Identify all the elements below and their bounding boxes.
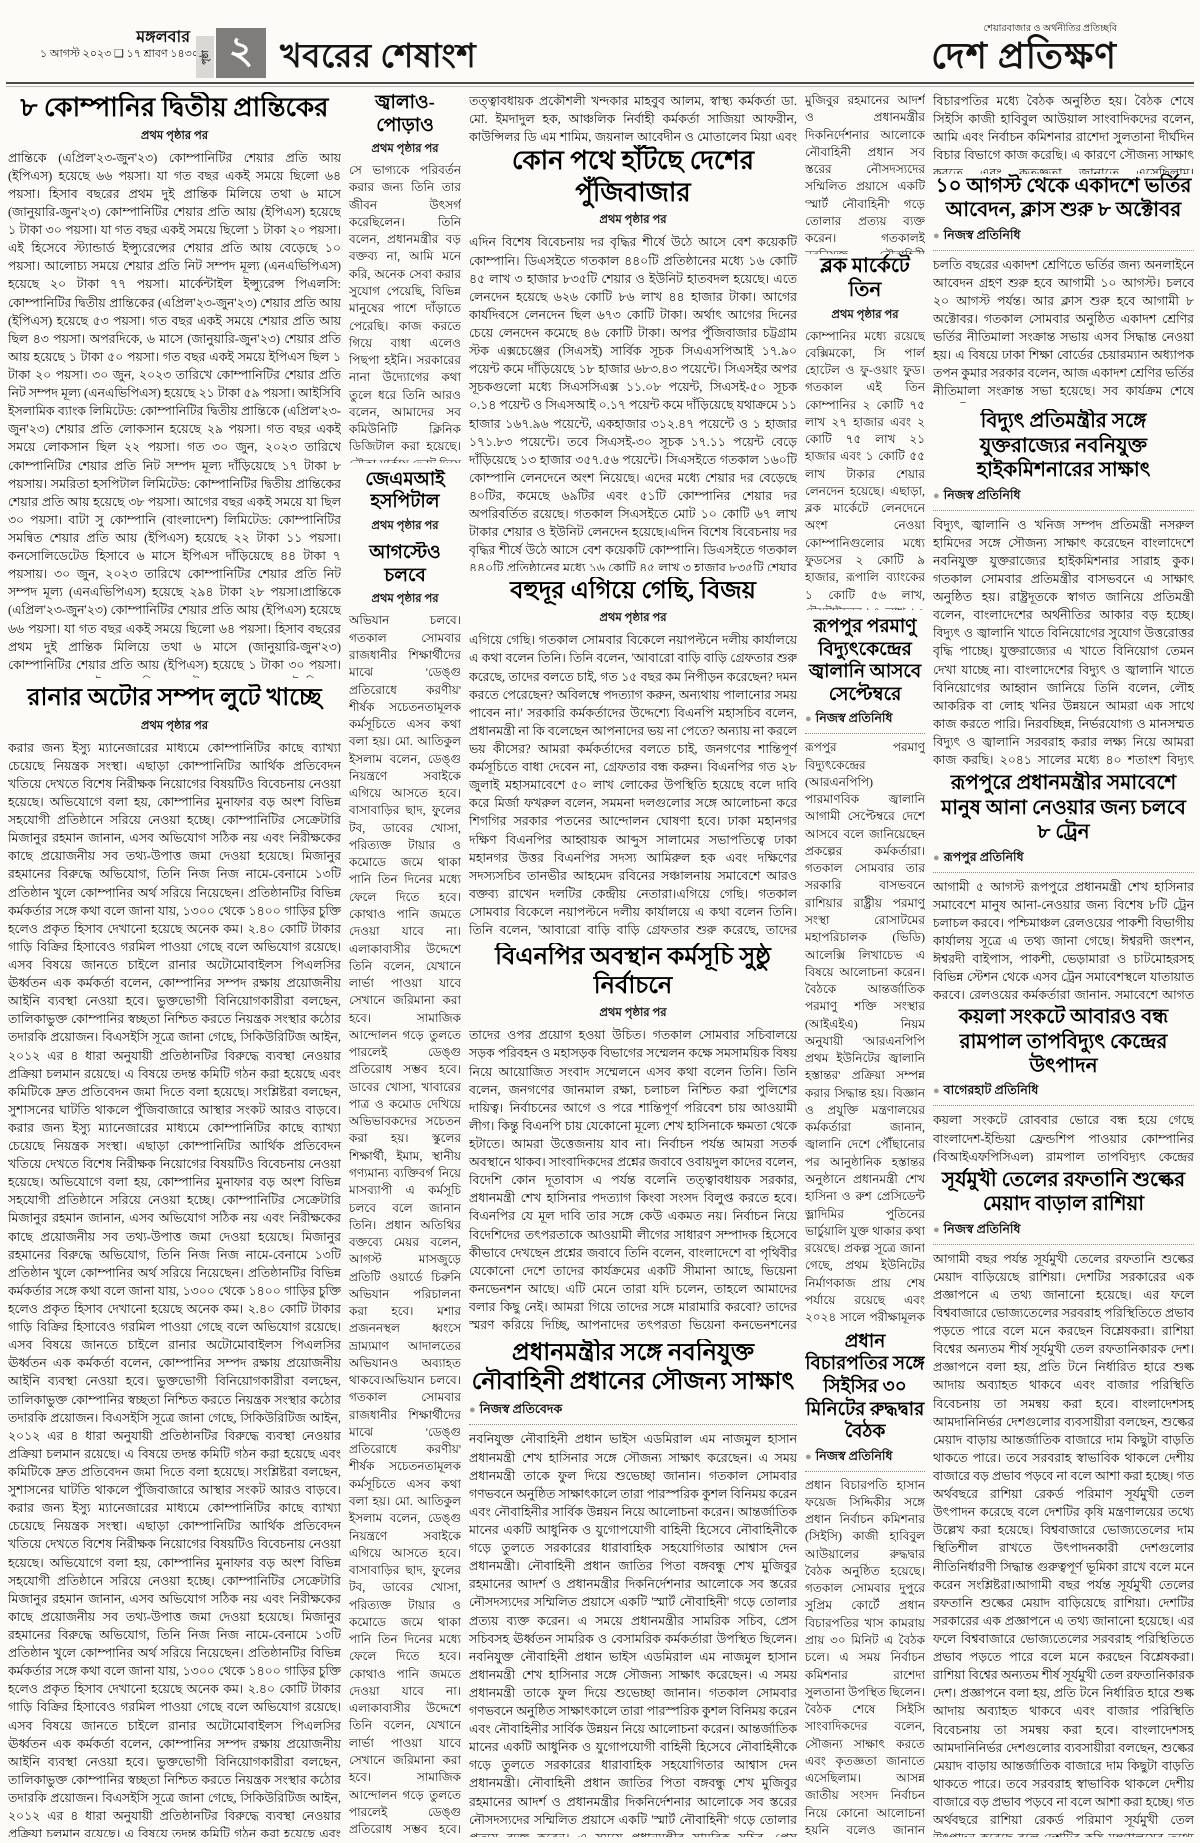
weekday-label: মঙ্গলবার <box>40 28 190 48</box>
byline-name: নিজস্ব প্রতিনিধি <box>944 488 1021 502</box>
continued-label: প্রথম পৃষ্ঠার পর <box>469 211 797 230</box>
story-headline: সূর্যমুখী তেলের রফতানি শুল্কের মেয়াদ বা… <box>933 1168 1194 1217</box>
continued-label: প্রথম পৃষ্ঠার পর <box>469 1004 797 1023</box>
byline-name: রূপপুর প্রতিনিধি <box>944 850 1024 864</box>
story-bnp-position-programme: বিএনপির অবস্থান কর্মসূচি সুষ্ঠু নির্বাচন… <box>469 943 797 1333</box>
story-body: তাদের ওপর প্রয়োগ হওয়া উচিত। গতকাল সোমব… <box>469 1026 797 1333</box>
byline: ●নিজস্ব প্রতিনিধি <box>805 1448 925 1468</box>
story-body: করার জন্য ইস্যু ম্যানেজারের মাধ্যমে কোম্… <box>8 739 341 1837</box>
column-left: ৮ কোম্পানির দ্বিতীয় প্রান্তিকের প্রথম প… <box>8 92 341 1837</box>
story-body: রূপপুর পরমাণু বিদ্যুৎকেন্দ্রের (আরএনপিপি… <box>805 739 925 1324</box>
byline-bullet-icon: ● <box>805 1451 812 1463</box>
byline-name: বাগেরহাট প্রতিনিধি <box>944 1083 1039 1097</box>
story-block-market-three: ব্লক মার্কেটে তিন প্রথম পৃষ্ঠার পর কোম্প… <box>805 254 925 610</box>
masthead-rule-thin <box>6 86 1194 87</box>
story-jalao-porao: জ্বালাও-পোড়াও প্রথম পৃষ্ঠার পর সে ভাগ্য… <box>349 92 461 463</box>
story-headline: ৮ কোম্পানির দ্বিতীয় প্রান্তিকের <box>8 92 341 124</box>
byline: ●নিজস্ব প্রতিনিধি <box>933 1221 1194 1241</box>
date-block: মঙ্গলবার ১ আগস্ট ২০২৩ ❑ ১৭ শ্রাবণ ১৪৩০ <box>40 28 190 62</box>
story-pm-navy-chief-meeting: প্রধানমন্ত্রীর সঙ্গে নবনিযুক্ত নৌবাহিনী … <box>469 1339 797 1837</box>
byline: ●নিজস্ব প্রতিনিধি <box>805 710 925 730</box>
byline-bullet-icon: ● <box>933 1224 940 1236</box>
byline-name: নিজস্ব প্রতিনিধি <box>944 228 1021 242</box>
story-body: প্রধান বিচারপতি হাসান ফয়েজ সিদ্দিকীর সঙ… <box>805 1477 925 1837</box>
column-fourth: মুজিবুর রহমানের আদর্শ ও প্রধানমন্ত্রীর দ… <box>805 92 925 1837</box>
byline-name: নিজস্ব প্রতিনিধি <box>816 1449 893 1463</box>
story-headline: রানার অটোর সম্পদ লুটে খাচ্ছে <box>8 684 341 713</box>
story-eight-companies-q2: ৮ কোম্পানির দ্বিতীয় প্রান্তিকের প্রথম প… <box>8 92 341 678</box>
byline-bullet-icon: ● <box>933 490 940 502</box>
byline-name: নিজস্ব প্রতিবেদক <box>480 1402 563 1416</box>
story-body: সে ভাগ্যকে পরিবর্তন করার জন্য তিনি তার জ… <box>349 162 461 463</box>
page-number-box: ২ <box>216 28 266 78</box>
story-continuation-navy: মুজিবুর রহমানের আদর্শ ও প্রধানমন্ত্রীর দ… <box>805 92 925 254</box>
story-headline: আগস্টেও চলবে <box>349 542 461 587</box>
story-rampal-coal-shutdown: কয়লা সংকটে আবারও বন্ধ রামপাল তাপবিদ্যুৎ… <box>933 1005 1194 1162</box>
continued-label: প্রথম পৃষ্ঠার পর <box>805 306 925 325</box>
story-headline: বিএনপির অবস্থান কর্মসূচি সুষ্ঠু নির্বাচন… <box>469 943 797 1002</box>
story-rooppur-rally-trains: রূপপুরে প্রধানমন্ত্রীর সমাবেশে মানুষ আনা… <box>933 771 1194 999</box>
story-cj-cec-closed-meeting: প্রধান বিচারপতির সঙ্গে সিইসির ৩০ মিনিটের… <box>805 1331 925 1837</box>
story-headline: ব্লক মার্কেটে তিন <box>805 254 925 303</box>
newspaper-page: মঙ্গলবার ১ আগস্ট ২০২৩ ❑ ১৭ শ্রাবণ ১৪৩০ প… <box>0 0 1200 1843</box>
byline-bullet-icon: ● <box>805 713 812 725</box>
story-body: কয়লা সংকটে রোববার ভোরে বন্ধ হয়ে গেছে ব… <box>933 1111 1194 1161</box>
page-word-box: পৃষ্ঠা <box>196 36 214 78</box>
byline-name: নিজস্ব প্রতিনিধি <box>816 711 893 725</box>
story-headline: ১০ আগস্ট থেকে একাদশে ভর্তির আবেদন, ক্লাস… <box>933 174 1194 223</box>
story-body: মুজিবুর রহমানের আদর্শ ও প্রধানমন্ত্রীর দ… <box>805 92 925 254</box>
story-continuation-cec: বিচারপতির মধ্যে বৈঠক অনুষ্ঠিত হয়। বৈঠক … <box>933 92 1194 174</box>
story-body: এগিয়ে গেছি। গতকাল সোমবার বিকেলে নয়াপল্… <box>469 631 797 937</box>
byline-divider <box>469 1424 797 1425</box>
story-headline: কোন পথে হাঁটছে দেশের পুঁজিবাজার <box>469 145 797 208</box>
story-body: প্রান্তিকে (এপ্রিল'২৩-জুন'২৩) কোম্পানিটি… <box>8 149 341 679</box>
story-eleventh-grade-admission: ১০ আগস্ট থেকে একাদশে ভর্তির আবেদন, ক্লাস… <box>933 174 1194 404</box>
byline-bullet-icon: ● <box>933 852 940 864</box>
byline-bullet-icon: ● <box>933 230 940 242</box>
column-middle: তত্ত্বাবধায়ক প্রকৌশলী খন্দকার মাহবুব আল… <box>469 92 797 1837</box>
date-label: ১ আগস্ট ২০২৩ ❑ ১৭ শ্রাবণ ১৪৩০ <box>40 48 190 62</box>
byline: ●নিজস্ব প্রতিনিধি <box>933 227 1194 247</box>
story-headline: কয়লা সংকটে আবারও বন্ধ রামপাল তাপবিদ্যুৎ… <box>933 1005 1194 1078</box>
byline-bullet-icon: ● <box>933 1085 940 1097</box>
byline-bullet-icon: ● <box>469 1404 476 1416</box>
story-body: আগামী ৫ আগস্ট রূপপুরে প্রধানমন্ত্রী শেখ … <box>933 878 1194 1000</box>
story-body: বিচারপতির মধ্যে বৈঠক অনুষ্ঠিত হয়। বৈঠক … <box>933 92 1194 174</box>
logo-tagline: শেয়ারবাজার ও অর্থনীতির প্রতিচ্ছবি <box>845 22 1117 37</box>
continued-label: প্রথম পৃষ্ঠার পর <box>8 127 341 146</box>
byline-divider <box>933 1244 1194 1245</box>
byline-divider <box>933 1105 1194 1106</box>
continued-label: প্রথম পৃষ্ঠার পর <box>349 517 461 536</box>
byline: ●নিজস্ব প্রতিবেদক <box>469 1401 797 1421</box>
column-right: বিচারপতির মধ্যে বৈঠক অনুষ্ঠিত হয়। বৈঠক … <box>933 92 1194 1837</box>
story-headline: প্রধানমন্ত্রীর সঙ্গে নবনিযুক্ত নৌবাহিনী … <box>469 1339 797 1398</box>
byline-divider <box>805 1471 925 1472</box>
story-body: চলতি বছরের একাদশ শ্রেণিতে ভর্তির জন্য অন… <box>933 256 1194 404</box>
byline: ●রূপপুর প্রতিনিধি <box>933 849 1194 869</box>
story-body: বিদ্যুৎ, জ্বালানি ও খনিজ সম্পদ প্রতিমন্ত… <box>933 516 1194 766</box>
story-jmi-hospital: জেএমআই হসপিটাল প্রথম পৃষ্ঠার পর পুঁজিবাজ… <box>349 469 461 537</box>
story-headline: জ্বালাও-পোড়াও <box>349 92 461 137</box>
newspaper-logo: শেয়ারবাজার ও অর্থনীতির প্রতিচ্ছবি দেশ প… <box>845 22 1117 76</box>
story-continuation-names: তত্ত্বাবধায়ক প্রকৌশলী খন্দকার মাহবুব আল… <box>469 92 797 145</box>
story-runner-auto-assets: রানার অটোর সম্পদ লুটে খাচ্ছে প্রথম পৃষ্ঠ… <box>8 684 341 1837</box>
byline: ●নিজস্ব প্রতিনিধি <box>933 487 1194 507</box>
continued-label: প্রথম পৃষ্ঠার পর <box>349 590 461 609</box>
story-headline: বহুদূর এগিয়ে গেছি, বিজয় <box>469 577 797 606</box>
story-stock-market-direction: কোন পথে হাঁটছে দেশের পুঁজিবাজার প্রথম পৃ… <box>469 145 797 571</box>
logo-title: দেশ প্রতিক্ষণ <box>845 38 1117 76</box>
page-number: ২ <box>229 21 254 85</box>
continued-label: প্রথম পৃষ্ঠার পর <box>469 609 797 628</box>
masthead: মঙ্গলবার ১ আগস্ট ২০২৩ ❑ ১৭ শ্রাবণ ১৪৩০ প… <box>0 0 1200 84</box>
story-august-drive-continues: আগস্টেও চলবে প্রথম পৃষ্ঠার পর অভিযান চলব… <box>349 542 461 1837</box>
masthead-rule <box>6 82 1194 84</box>
byline-divider <box>933 872 1194 873</box>
story-headline: বিদ্যুৎ প্রতিমন্ত্রীর সঙ্গে যুক্তরাজ্যের… <box>933 409 1194 482</box>
story-headline: প্রধান বিচারপতির সঙ্গে সিইসির ৩০ মিনিটের… <box>805 1331 925 1444</box>
section-title: খবরের শেষাংশ <box>280 30 476 86</box>
byline: ●বাগেরহাট প্রতিনিধি <box>933 1082 1194 1102</box>
story-headline: রূপপুরে প্রধানমন্ত্রীর সমাবেশে মানুষ আনা… <box>933 771 1194 844</box>
story-headline: রূপপুর পরমাণু বিদ্যুৎকেন্দ্রের জ্বালানি … <box>805 616 925 706</box>
story-uk-high-commissioner-meeting: বিদ্যুৎ প্রতিমন্ত্রীর সঙ্গে যুক্তরাজ্যের… <box>933 409 1194 765</box>
page-word-label: পৃষ্ঠা <box>198 50 213 65</box>
story-body: অভিযান চলবে। গতকাল সোমবার রাজধানীর শিক্ষ… <box>349 612 461 1837</box>
story-body: নবনিযুক্ত নৌবাহিনী প্রধান ভাইস এডমিরাল এ… <box>469 1430 797 1837</box>
byline-name: নিজস্ব প্রতিনিধি <box>944 1222 1021 1236</box>
continued-label: প্রথম পৃষ্ঠার পর <box>349 140 461 159</box>
byline-divider <box>933 250 1194 251</box>
story-body: তত্ত্বাবধায়ক প্রকৌশলী খন্দকার মাহবুব আল… <box>469 92 797 145</box>
story-body: কোম্পানির মধ্যে রয়েছে বেক্সিমকো, সি পার… <box>805 328 925 611</box>
byline-divider <box>805 733 925 734</box>
byline-divider <box>933 510 1194 511</box>
story-bnp-victory-claim: বহুদূর এগিয়ে গেছি, বিজয় প্রথম পৃষ্ঠার … <box>469 577 797 937</box>
story-body: আগামী বছর পর্যন্ত সূর্যমুখী তেলের রফতানি… <box>933 1250 1194 1837</box>
column-second: জ্বালাও-পোড়াও প্রথম পৃষ্ঠার পর সে ভাগ্য… <box>349 92 461 1837</box>
story-body: এদিন বিশেষ বিবেচনায় দর বৃদ্ধির শীর্ষে উ… <box>469 233 797 571</box>
story-russia-sunflower-oil-duty: সূর্যমুখী তেলের রফতানি শুল্কের মেয়াদ বা… <box>933 1168 1194 1837</box>
continued-label: প্রথম পৃষ্ঠার পর <box>8 717 341 736</box>
story-rooppur-fuel-september: রূপপুর পরমাণু বিদ্যুৎকেন্দ্রের জ্বালানি … <box>805 616 925 1325</box>
story-headline: জেএমআই হসপিটাল <box>349 469 461 514</box>
